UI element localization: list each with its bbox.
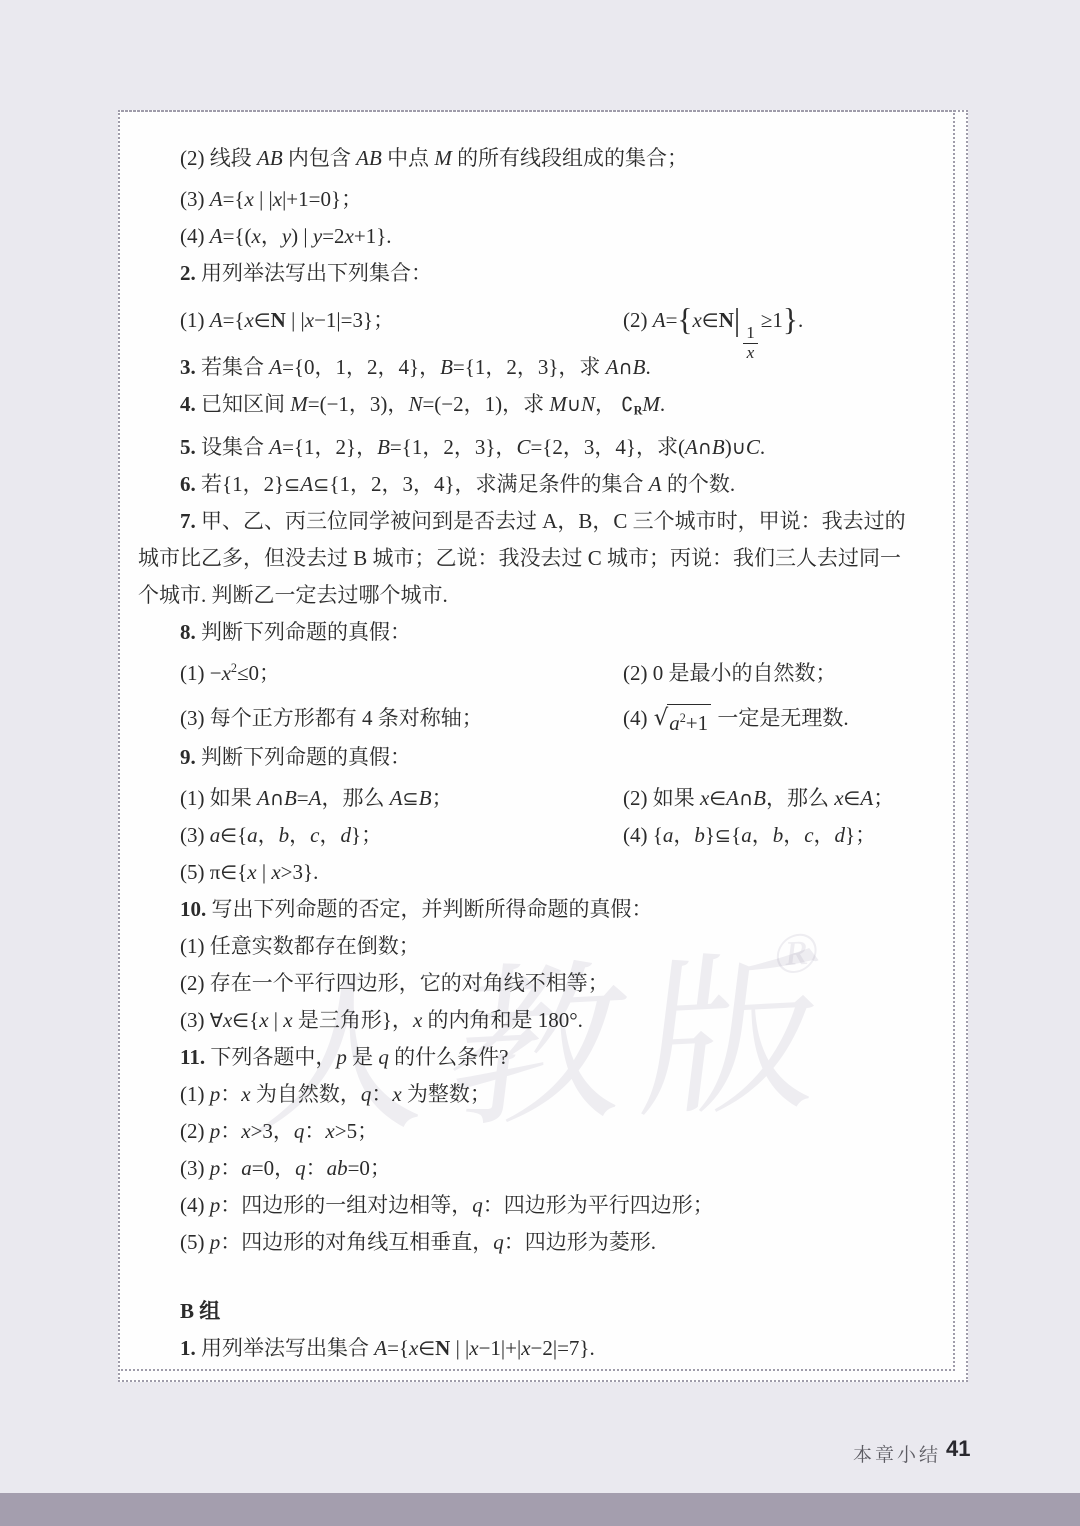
text-seg: ： xyxy=(371,1082,392,1106)
text-seg: A xyxy=(653,308,666,332)
text-seg: d xyxy=(835,823,846,847)
a-q11-part1: (1) p：x 为自然数，q：x 为整数； xyxy=(138,1076,940,1113)
text-seg: ， xyxy=(752,823,773,847)
text-seg: (3) xyxy=(180,187,210,211)
text-seg: ∈ xyxy=(418,1337,435,1360)
text-seg: | | xyxy=(450,1336,469,1360)
text-seg: a xyxy=(741,823,752,847)
text-seg: (1) 如果 xyxy=(180,786,257,810)
text-seg: ， xyxy=(595,392,621,416)
a-q7-line2: 城市比乙多，但没去过 B 城市；乙说：我没去过 C 城市；丙说：我们三人去过同一 xyxy=(138,540,940,577)
a-q1-part3: (3) A={x | |x|+1=0}； xyxy=(138,181,940,218)
a-q8-parts12: (1) −x2≤0；(2) 0 是最小的自然数； xyxy=(138,655,940,692)
col-right: (4) √a2+1 一定是无理数. xyxy=(623,700,849,742)
text-seg: ≥1 xyxy=(761,308,783,332)
text-seg: x xyxy=(223,1008,232,1032)
text-seg: ={0，1，2，4}， xyxy=(282,355,440,379)
a-q1-part2: (2) 线段 AB 内包含 AB 中点 M 的所有线段组成的集合； xyxy=(138,140,940,177)
text-seg: { xyxy=(249,1008,259,1032)
text-seg: x xyxy=(409,1336,418,1360)
text-seg: ={ xyxy=(223,187,245,211)
text-seg: x xyxy=(259,1008,268,1032)
text-seg: 8. xyxy=(180,620,201,644)
text-seg: ={1，2}， xyxy=(282,435,377,459)
text-seg: { xyxy=(731,823,741,847)
text-seg: ， xyxy=(261,224,282,248)
col-right: (2) 如果 x∈A∩B，那么 x∈A； xyxy=(623,780,894,817)
text-seg: 内包含 xyxy=(283,146,357,170)
text-seg: ； xyxy=(873,786,894,810)
text-seg: (2) 线段 xyxy=(180,146,257,170)
text-seg: x xyxy=(693,308,702,332)
text-seg: ={1，2，3}，求 xyxy=(453,355,606,379)
a-q11-part4: (4) p：四边形的一组对边相等，q：四边形为平行四边形； xyxy=(138,1187,940,1224)
text-seg: | xyxy=(257,860,272,884)
text-seg: ∈ xyxy=(702,309,719,332)
text-seg: 的内角和是 180°. xyxy=(422,1008,583,1032)
text-seg: 5. xyxy=(180,435,201,459)
text-seg: >3}. xyxy=(281,860,319,884)
a-q5: 5. 设集合 A={1，2}，B={1，2，3}，C={2，3，4}，求(A∩B… xyxy=(138,429,940,466)
a-q1-part4: (4) A={(x，y) | y=2x+1}. xyxy=(138,218,940,255)
text-seg: (4) xyxy=(180,1193,210,1217)
text-seg: =0， xyxy=(252,1156,295,1180)
text-seg: 1. xyxy=(180,1336,201,1360)
a-q9-parts34: (3) a∈{a，b，c，d}；(4) {a，b}⊆{a，b，c，d}； xyxy=(138,817,940,854)
footer-section-label: 本章小结 xyxy=(853,1440,941,1467)
text-seg: ∩ xyxy=(698,436,712,459)
text-seg: (1) xyxy=(180,1082,210,1106)
b-group-header: B 组 xyxy=(138,1293,940,1330)
text-seg: 若{1，2} xyxy=(201,472,284,496)
text-seg: N xyxy=(408,392,422,416)
radical-sign: √ xyxy=(654,704,668,732)
text-seg: x xyxy=(392,1082,401,1106)
text-seg: A xyxy=(269,435,282,459)
text-seg: ， xyxy=(258,823,279,847)
a-q10-part2: (2) 存在一个平行四边形，它的对角线不相等； xyxy=(138,965,940,1002)
text-seg: ={ xyxy=(223,308,245,332)
text-seg: = xyxy=(666,308,678,332)
text-seg: { xyxy=(677,302,692,337)
col-left: (3) a∈{a，b，c，d}； xyxy=(180,823,382,847)
footer-page-number: 41 xyxy=(946,1436,970,1462)
text-seg: . xyxy=(798,308,803,332)
text-seg: ⊆ xyxy=(284,473,300,496)
text-seg: 判断下列命题的真假： xyxy=(201,620,411,644)
text-seg: A xyxy=(210,224,223,248)
a-q11-part5: (5) p：四边形的对角线互相垂直，q：四边形为菱形. xyxy=(138,1224,940,1261)
text-seg: AB xyxy=(356,146,382,170)
text-seg: (5) xyxy=(180,1230,210,1254)
col-left: (3) 每个正方形都有 4 条对称轴； xyxy=(180,706,483,730)
text-seg: x xyxy=(469,1336,478,1360)
text-seg: M xyxy=(642,392,660,416)
text-seg: (2) 0 是最小的自然数； xyxy=(623,661,837,685)
text-seg: A xyxy=(210,187,223,211)
text-seg: p xyxy=(210,1119,221,1143)
text-seg: x xyxy=(252,224,261,248)
text-seg: | | xyxy=(286,308,305,332)
a-q6: 6. 若{1，2}⊆A⊆{1，2，3，4}，求满足条件的集合 A 的个数. xyxy=(138,466,940,503)
text-seg: >3， xyxy=(251,1119,294,1143)
text-seg: q xyxy=(472,1193,483,1217)
text-seg: ∈ xyxy=(232,1009,249,1032)
text-seg: (1) 任意实数都存在倒数； xyxy=(180,934,420,958)
text-seg: x xyxy=(271,860,280,884)
text-seg: q xyxy=(295,1156,306,1180)
text-seg: | | xyxy=(254,187,273,211)
text-seg: (2) xyxy=(180,1119,210,1143)
text-seg: 的什么条件? xyxy=(389,1045,509,1069)
text-seg: y xyxy=(282,224,291,248)
text-seg: ={ xyxy=(387,1336,409,1360)
text-seg: (2) 存在一个平行四边形，它的对角线不相等； xyxy=(180,971,609,995)
text-seg: A xyxy=(649,472,662,496)
radicand: a2+1 xyxy=(667,704,711,742)
a-q8-parts34: (3) 每个正方形都有 4 条对称轴；(4) √a2+1 一定是无理数. xyxy=(138,700,940,737)
sqrt-expression: √a2+1 xyxy=(654,704,711,742)
text-seg: p xyxy=(210,1230,221,1254)
text-seg: 若集合 xyxy=(201,355,269,379)
text-seg: (3) 每个正方形都有 4 条对称轴； xyxy=(180,706,483,730)
text-seg: ∪ xyxy=(732,436,746,459)
text-seg: 11. xyxy=(180,1045,210,1069)
text-seg: . xyxy=(645,355,650,379)
text-seg: 10. xyxy=(180,897,212,921)
text-seg: ≤0； xyxy=(237,661,280,685)
text-seg: A xyxy=(726,786,739,810)
a-q9-parts12: (1) 如果 A∩B=A，那么 A⊆B；(2) 如果 x∈A∩B，那么 x∈A； xyxy=(138,780,940,817)
text-seg: { xyxy=(237,823,247,847)
text-seg: x xyxy=(345,224,354,248)
text-seg: N xyxy=(719,308,734,332)
text-seg: 设集合 xyxy=(201,435,269,459)
text-seg: (1) − xyxy=(180,661,222,685)
text-seg: ⊆ xyxy=(715,824,731,847)
text-seg: A xyxy=(210,308,223,332)
a-q10-part1: (1) 任意实数都存在倒数； xyxy=(138,928,940,965)
a-q7-line3: 个城市. 判断乙一定去过哪个城市. xyxy=(138,577,940,614)
text-seg: ： xyxy=(220,1119,241,1143)
b-q1: 1. 用列举法写出集合 A={x∈N | |x−1|+|x−2|=7}. xyxy=(138,1330,940,1367)
text-seg: 城市比乙多，但没去过 B 城市；乙说：我没去过 C 城市；丙说：我们三人去过同一 xyxy=(138,546,901,570)
text-seg: A xyxy=(257,786,270,810)
text-seg: +1}. xyxy=(354,224,392,248)
text-seg: x xyxy=(222,661,231,685)
text-seg: B xyxy=(440,355,453,379)
text-seg: ∈ xyxy=(220,861,237,884)
text-seg: ∈ xyxy=(220,824,237,847)
text-seg: x xyxy=(834,786,843,810)
text-seg: { xyxy=(237,860,247,884)
text-seg: q xyxy=(378,1045,389,1069)
text-seg: ： xyxy=(304,1119,325,1143)
text-seg: ，那么 xyxy=(321,786,389,810)
text-seg: 6. xyxy=(180,472,201,496)
text-seg: ∩ xyxy=(619,356,633,379)
text-seg: ， xyxy=(673,823,694,847)
text-seg: B xyxy=(753,786,766,810)
a-q7-line1: 7. 甲、乙、丙三位同学被问到是否去过 A，B，C 三个城市时，甲说：我去过的 xyxy=(138,503,940,540)
text-seg: ={( xyxy=(223,224,252,248)
text-seg: ∩ xyxy=(739,787,753,810)
text-seg: ∀ xyxy=(210,1009,223,1032)
text-seg: (3) xyxy=(180,823,210,847)
text-seg: | xyxy=(269,1008,284,1032)
text-seg: } xyxy=(783,302,798,337)
text-seg: x xyxy=(325,1119,334,1143)
text-seg: >5； xyxy=(335,1119,378,1143)
col-right: (2) 0 是最小的自然数； xyxy=(623,655,837,692)
col-right: (4) {a，b}⊆{a，b，c，d}； xyxy=(623,817,876,854)
text-seg: 写出下列命题的否定，并判断所得命题的真假： xyxy=(212,897,653,921)
text-seg: x xyxy=(413,1008,422,1032)
text-seg: a xyxy=(241,1156,252,1180)
text-seg: −1|+| xyxy=(479,1336,522,1360)
bottom-strip xyxy=(0,1493,1080,1526)
text-seg: B xyxy=(712,435,725,459)
text-seg: ) | xyxy=(291,224,313,248)
a-q2: 2. 用列举法写出下列集合： xyxy=(138,255,940,292)
text-seg: A xyxy=(300,472,313,496)
text-seg: ， xyxy=(320,823,341,847)
text-seg: ∪ xyxy=(567,393,581,416)
text-seg: }； xyxy=(351,823,382,847)
text-seg: ⊆ xyxy=(313,473,329,496)
text-seg: x xyxy=(245,187,254,211)
text-seg: . xyxy=(660,392,665,416)
text-seg: ， xyxy=(814,823,835,847)
text-seg: c xyxy=(804,823,813,847)
text-seg: ； xyxy=(432,786,453,810)
text-seg: a xyxy=(210,823,221,847)
text-seg: A xyxy=(309,786,322,810)
fraction-numerator: 1 xyxy=(742,324,759,343)
text-seg: 2. xyxy=(180,261,201,285)
text-seg: −2|=7}. xyxy=(531,1336,595,1360)
text-seg: =(−2，1)，求 xyxy=(422,392,549,416)
text-seg: 为整数； xyxy=(402,1082,491,1106)
text-seg: 判断下列命题的真假： xyxy=(201,745,411,769)
text-seg: x xyxy=(700,786,709,810)
text-seg: ， xyxy=(783,823,804,847)
text-seg: x xyxy=(241,1082,250,1106)
text-seg: ∈ xyxy=(254,309,271,332)
text-seg: = xyxy=(297,786,309,810)
text-seg: q xyxy=(294,1119,305,1143)
text-seg: ，那么 xyxy=(766,786,834,810)
text-seg: x xyxy=(241,1119,250,1143)
text-seg: 7. xyxy=(180,509,201,533)
text-seg: N xyxy=(581,392,595,416)
text-seg: ：四边形的对角线互相垂直， xyxy=(220,1230,493,1254)
text-seg: (4) { xyxy=(623,823,663,847)
text-seg: ∈ xyxy=(709,787,726,810)
text-seg: ： xyxy=(220,1082,241,1106)
text-seg: −1|=3}； xyxy=(314,308,394,332)
a-q8: 8. 判断下列命题的真假： xyxy=(138,614,940,651)
text-seg: b xyxy=(773,823,784,847)
text-seg: a xyxy=(663,823,674,847)
a-q9-part5: (5) π∈{x | x>3}. xyxy=(138,854,940,891)
text-seg: (3) xyxy=(180,1008,210,1032)
text-seg: 4. xyxy=(180,392,201,416)
text-seg: a xyxy=(247,823,258,847)
text-seg: ab xyxy=(327,1156,348,1180)
text-seg: AB xyxy=(257,146,283,170)
text-seg: (4) xyxy=(623,706,653,730)
text-seg: p xyxy=(210,1082,221,1106)
text-seg: ：四边形为菱形. xyxy=(504,1230,656,1254)
text-seg: B xyxy=(377,435,390,459)
text-seg: (2) xyxy=(623,308,653,332)
text-seg: 用列举法写出下列集合： xyxy=(201,261,432,285)
text-seg: (5) π xyxy=(180,860,220,884)
text-seg: 已知区间 xyxy=(201,392,290,416)
text-seg: p xyxy=(336,1045,347,1069)
text-seg: ∁ xyxy=(621,393,633,416)
text-seg: (4) xyxy=(180,224,210,248)
a-q2-parts: (1) A={x∈N | |x−1|=3}；(2) A={x∈N|1x≥1}. xyxy=(138,302,940,339)
text-seg: {1，2，3，4}，求满足条件的集合 xyxy=(329,472,648,496)
text-seg: x xyxy=(245,308,254,332)
text-seg: d xyxy=(341,823,352,847)
text-seg: ：四边形的一组对边相等， xyxy=(220,1193,472,1217)
a-q11-part2: (2) p：x>3，q：x>5； xyxy=(138,1113,940,1150)
text-seg: C xyxy=(746,435,760,459)
text-seg: . xyxy=(760,435,765,459)
text-seg: } xyxy=(705,823,715,847)
exercise-content: (2) 线段 AB 内包含 AB 中点 M 的所有线段组成的集合；(3) A={… xyxy=(138,140,940,1367)
text-seg: p xyxy=(210,1193,221,1217)
text-seg: ： xyxy=(220,1156,241,1180)
text-seg: x xyxy=(247,860,256,884)
text-seg: b xyxy=(279,823,290,847)
text-seg: =(−1，3)， xyxy=(308,392,409,416)
text-seg: A xyxy=(374,1336,387,1360)
text-seg: 3. xyxy=(180,355,201,379)
text-seg: A xyxy=(860,786,873,810)
a-q10: 10. 写出下列命题的否定，并判断所得命题的真假： xyxy=(138,891,940,928)
text-seg: 个城市. 判断乙一定去过哪个城市. xyxy=(138,583,448,607)
text-seg: A xyxy=(390,786,403,810)
text-seg: ={1，2，3}， xyxy=(390,435,517,459)
text-seg: b xyxy=(694,823,705,847)
text-seg: x xyxy=(305,308,314,332)
text-seg: A xyxy=(269,355,282,379)
text-seg: 甲、乙、丙三位同学被问到是否去过 A，B，C 三个城市时，甲说：我去过的 xyxy=(201,509,906,533)
text-seg: ⊆ xyxy=(403,787,419,810)
text-seg: B xyxy=(284,786,297,810)
col-left: (1) −x2≤0； xyxy=(180,661,280,685)
col-left: (1) 如果 A∩B=A，那么 A⊆B； xyxy=(180,786,453,810)
text-seg: =2 xyxy=(322,224,344,248)
text-seg: B 组 xyxy=(180,1299,220,1323)
col-left: (1) A={x∈N | |x−1|=3}； xyxy=(180,308,394,332)
text-seg: (1) xyxy=(180,308,210,332)
a-q11-part3: (3) p：a=0，q：ab=0； xyxy=(138,1150,940,1187)
text-seg: 一定是无理数. xyxy=(712,706,849,730)
text-seg: q xyxy=(493,1230,504,1254)
text-seg: ∩ xyxy=(270,787,284,810)
text-seg: |+1=0}； xyxy=(282,187,362,211)
text-seg: B xyxy=(419,786,432,810)
text-seg: x xyxy=(521,1336,530,1360)
text-seg: x xyxy=(273,187,282,211)
text-seg: A xyxy=(606,355,619,379)
text-seg: 的个数. xyxy=(662,472,736,496)
text-seg: C xyxy=(516,435,530,459)
a-q3: 3. 若集合 A={0，1，2，4}，B={1，2，3}，求 A∩B. xyxy=(138,349,940,386)
text-seg: 9. xyxy=(180,745,201,769)
text-seg: 下列各题中， xyxy=(210,1045,336,1069)
text-seg: q xyxy=(361,1082,372,1106)
text-seg: }； xyxy=(845,823,876,847)
text-seg: 是三角形}， xyxy=(293,1008,413,1032)
text-seg: ={2，3，4}，求( xyxy=(530,435,685,459)
a-q10-part3: (3) ∀x∈{x | x 是三角形}，x 的内角和是 180°. xyxy=(138,1002,940,1039)
text-seg: M xyxy=(434,146,452,170)
text-seg: 用列举法写出集合 xyxy=(201,1336,374,1360)
text-seg: A xyxy=(685,435,698,459)
text-seg: ， xyxy=(289,823,310,847)
text-seg: p xyxy=(210,1156,221,1180)
text-seg: x xyxy=(283,1008,292,1032)
a-q11: 11. 下列各题中，p 是 q 的什么条件? xyxy=(138,1039,940,1076)
text-seg: M xyxy=(290,392,308,416)
text-seg: ： xyxy=(306,1156,327,1180)
text-seg: B xyxy=(633,355,646,379)
a-q4: 4. 已知区间 M=(−1，3)，N=(−2，1)，求 M∪N， ∁RM. xyxy=(138,386,940,429)
text-seg: y xyxy=(313,224,322,248)
text-seg: (2) 如果 xyxy=(623,786,700,810)
text-seg: +1 xyxy=(686,711,708,735)
a-q9: 9. 判断下列命题的真假： xyxy=(138,739,940,776)
text-seg: 是 xyxy=(347,1045,379,1069)
text-seg: | xyxy=(734,302,740,337)
text-seg: a xyxy=(669,711,680,735)
text-seg: ∈ xyxy=(844,787,861,810)
text-seg: 为自然数， xyxy=(251,1082,361,1106)
text-seg: N xyxy=(271,308,286,332)
text-seg: N xyxy=(435,1336,450,1360)
text-seg: M xyxy=(549,392,567,416)
text-seg: =0； xyxy=(348,1156,391,1180)
text-seg: c xyxy=(310,823,319,847)
text-seg: 中点 xyxy=(382,146,435,170)
text-seg: ) xyxy=(725,435,732,459)
text-seg: 的所有线段组成的集合； xyxy=(452,146,688,170)
text-seg: (3) xyxy=(180,1156,210,1180)
text-seg: ：四边形为平行四边形； xyxy=(483,1193,714,1217)
